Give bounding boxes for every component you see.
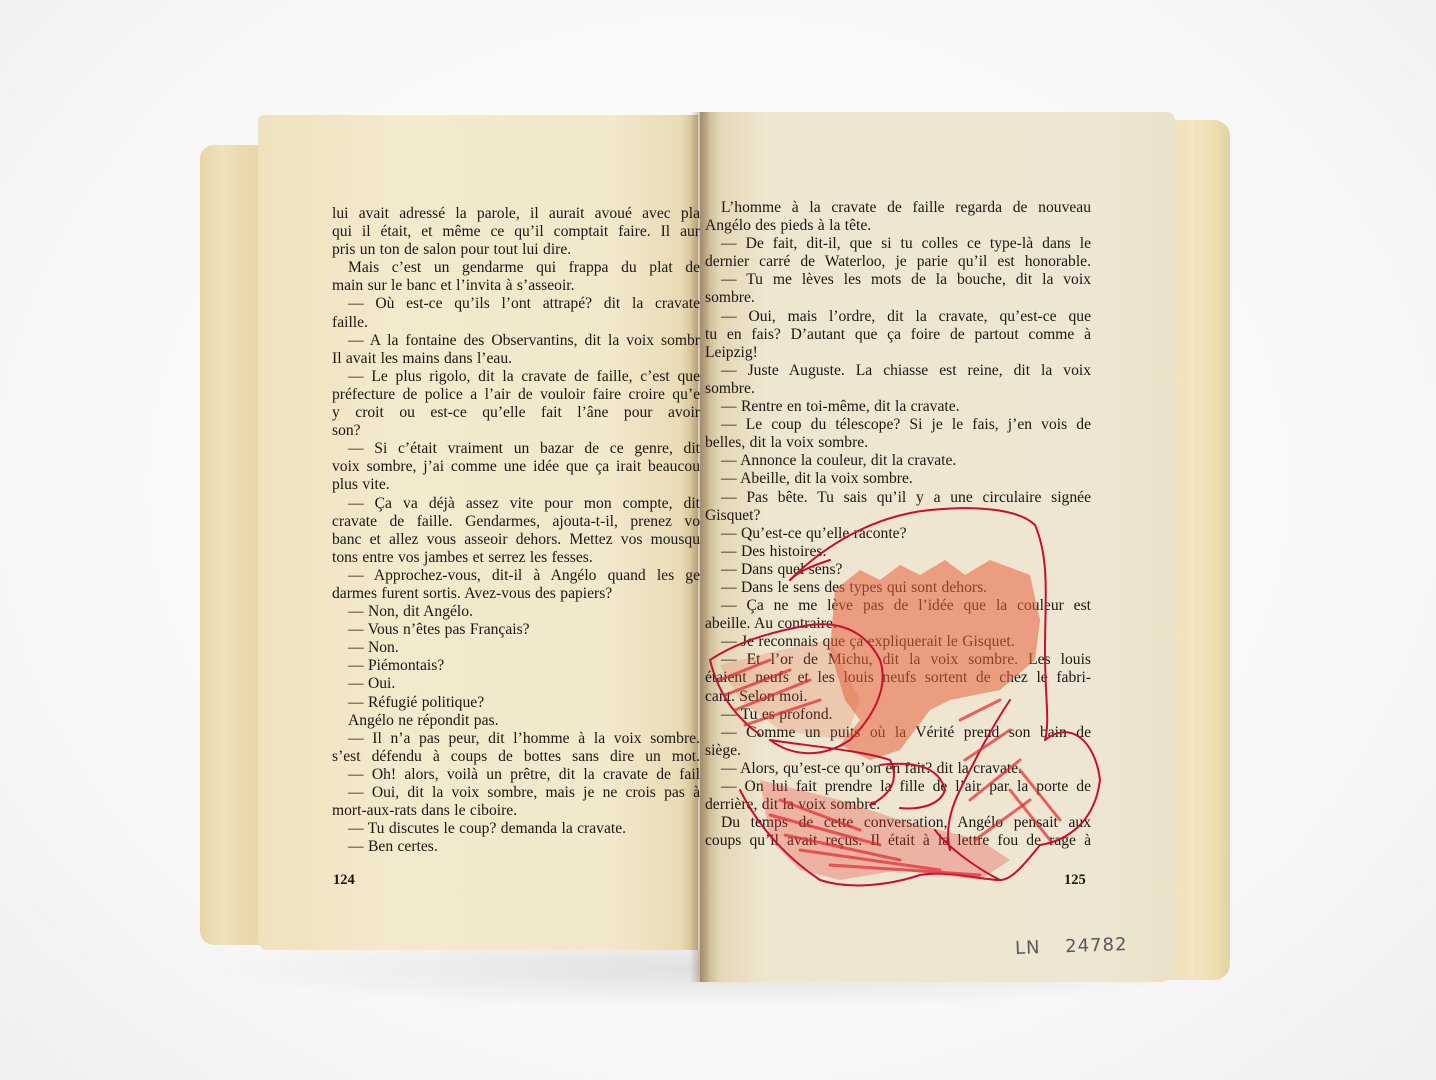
text-line: cravate de faille. Gendarmes, ajouta-t-i… <box>332 513 700 531</box>
text-line: — Il n’a pas peur, dit l’homme à la voix… <box>332 730 700 748</box>
text-line: — Ben certes. <box>332 838 700 856</box>
text-line: — Oui, mais l’ordre, dit la cravate, qu’… <box>705 308 1091 326</box>
page-number-right: 125 <box>1064 872 1086 889</box>
text-line: — Des histoires. <box>705 543 1091 561</box>
text-line: abeille. Au contraire. <box>705 615 1091 633</box>
text-line: — Le plus rigolo, dit la cravate de fail… <box>332 368 700 386</box>
right-page-block-edge <box>1168 120 1230 980</box>
text-line: Leipzig! <box>705 344 1091 362</box>
handwritten-catalog-mark: LN 24782 <box>1015 934 1128 959</box>
text-line: — Le coup du télescope? Si je le fais, j… <box>705 416 1091 434</box>
text-line: — Où est-ce qu’ils l’ont attrapé? dit la… <box>332 295 700 313</box>
right-page-text: L’homme à la cravate de faille regarda d… <box>705 199 1091 850</box>
text-line: son? <box>332 422 700 440</box>
text-line: Il avait les mains dans l’eau. <box>332 350 700 368</box>
text-line: dernier carré de Waterloo, je parie qu’i… <box>705 253 1091 271</box>
text-line: — Je reconnais que ça expliquerait le Gi… <box>705 633 1091 651</box>
text-line: plus vite. <box>332 476 700 494</box>
text-line: Angélo ne répondit pas. <box>332 712 700 730</box>
text-line: — Dans quel sens? <box>705 561 1091 579</box>
text-line: — Pas bête. Tu sais qu’il y a une circul… <box>705 489 1091 507</box>
text-line: — Ça ne me lève pas de l’idée que la cou… <box>705 597 1091 615</box>
text-line: — Si c’était vraiment un bazar de ce gen… <box>332 440 700 458</box>
text-line: — Ça va déjà assez vite pour mon compte,… <box>332 495 700 513</box>
text-line: — On lui fait prendre la fille de l’air … <box>705 778 1091 796</box>
text-line: Gisquet? <box>705 507 1091 525</box>
text-line: — Tu es profond. <box>705 706 1091 724</box>
text-line: mort-aux-rats dans le ciboire. <box>332 802 700 820</box>
text-line: Angélo des pieds à la tête. <box>705 217 1091 235</box>
text-line: — A la fontaine des Observantins, dit la… <box>332 332 700 350</box>
text-line: cant. Selon moi. <box>705 688 1091 706</box>
text-line: — Tu discutes le coup? demanda la cravat… <box>332 820 700 838</box>
text-line: — De fait, dit-il, que si tu colles ce t… <box>705 235 1091 253</box>
text-line: — Qu’est-ce qu’elle raconte? <box>705 525 1091 543</box>
text-line: — Oui, dit la voix sombre, mais je ne cr… <box>332 784 700 802</box>
text-line: banc et allez vous asseoir dehors. Mette… <box>332 531 700 549</box>
text-line: — Oui. <box>332 675 700 693</box>
text-line: sombre. <box>705 380 1091 398</box>
text-line: — Approchez-vous, dit-il à Angélo quand … <box>332 567 700 585</box>
text-line: tu en fais? D’autant que ça foire de par… <box>705 326 1091 344</box>
text-line: faille. <box>332 314 700 332</box>
text-line: Mais c’est un gendarme qui frappa du pla… <box>332 259 700 277</box>
text-line: L’homme à la cravate de faille regarda d… <box>705 199 1091 217</box>
text-line: lui avait adressé la parole, il aurait a… <box>332 205 700 223</box>
text-line: main sur le banc et l’invita à s’asseoir… <box>332 277 700 295</box>
text-line: — Abeille, dit la voix sombre. <box>705 470 1091 488</box>
text-line: y croit ou est-ce qu’elle fait l’âne pou… <box>332 404 700 422</box>
text-line: voix sombre, j’ai comme une idée que ça … <box>332 458 700 476</box>
text-line: étaient neufs et les louis neufs sortent… <box>705 669 1091 687</box>
text-line: sombre. <box>705 289 1091 307</box>
text-line: Du temps de cette conversation, Angélo p… <box>705 814 1091 832</box>
text-line: — Comme un puits où la Vérité prend son … <box>705 724 1091 742</box>
left-page-text: lui avait adressé la parole, il aurait a… <box>332 205 700 856</box>
text-line: qui il était, et même ce qu’il comptait … <box>332 223 700 241</box>
text-line: — Annonce la couleur, dit la cravate. <box>705 452 1091 470</box>
text-line: — Non, dit Angélo. <box>332 603 700 621</box>
text-line: — Et l’or de Michu, dit la voix sombre. … <box>705 651 1091 669</box>
text-line: pris un ton de salon pour tout lui dire. <box>332 241 700 259</box>
page-number-left: 124 <box>333 872 355 889</box>
text-line: — Rentre en toi-même, dit la cravate. <box>705 398 1091 416</box>
text-line: — Piémontais? <box>332 657 700 675</box>
text-line: siège. <box>705 742 1091 760</box>
text-line: — Réfugié politique? <box>332 694 700 712</box>
text-line: — Alors, qu’est-ce qu’on en fait? dit la… <box>705 760 1091 778</box>
text-line: derrière, dit la voix sombre. <box>705 796 1091 814</box>
text-line: — Dans le sens des types qui sont dehors… <box>705 579 1091 597</box>
text-line: — Oh! alors, voilà un prêtre, dit la cra… <box>332 766 700 784</box>
text-line: tons entre vos jambes et serrez les fess… <box>332 549 700 567</box>
text-line: — Non. <box>332 639 700 657</box>
text-line: belles, dit la voix sombre. <box>705 434 1091 452</box>
text-line: — Juste Auguste. La chiasse est reine, d… <box>705 362 1091 380</box>
text-line: préfecture de police a l’air de vouloir … <box>332 386 700 404</box>
text-line: darmes furent sortis. Avez-vous des papi… <box>332 585 700 603</box>
text-line: — Vous n’êtes pas Français? <box>332 621 700 639</box>
text-line: — Tu me lèves les mots de la bouche, dit… <box>705 271 1091 289</box>
text-line: coups qu’il avait reçus. Il était à la l… <box>705 832 1091 850</box>
text-line: s’est défendu à coups de bottes sans dir… <box>332 748 700 766</box>
